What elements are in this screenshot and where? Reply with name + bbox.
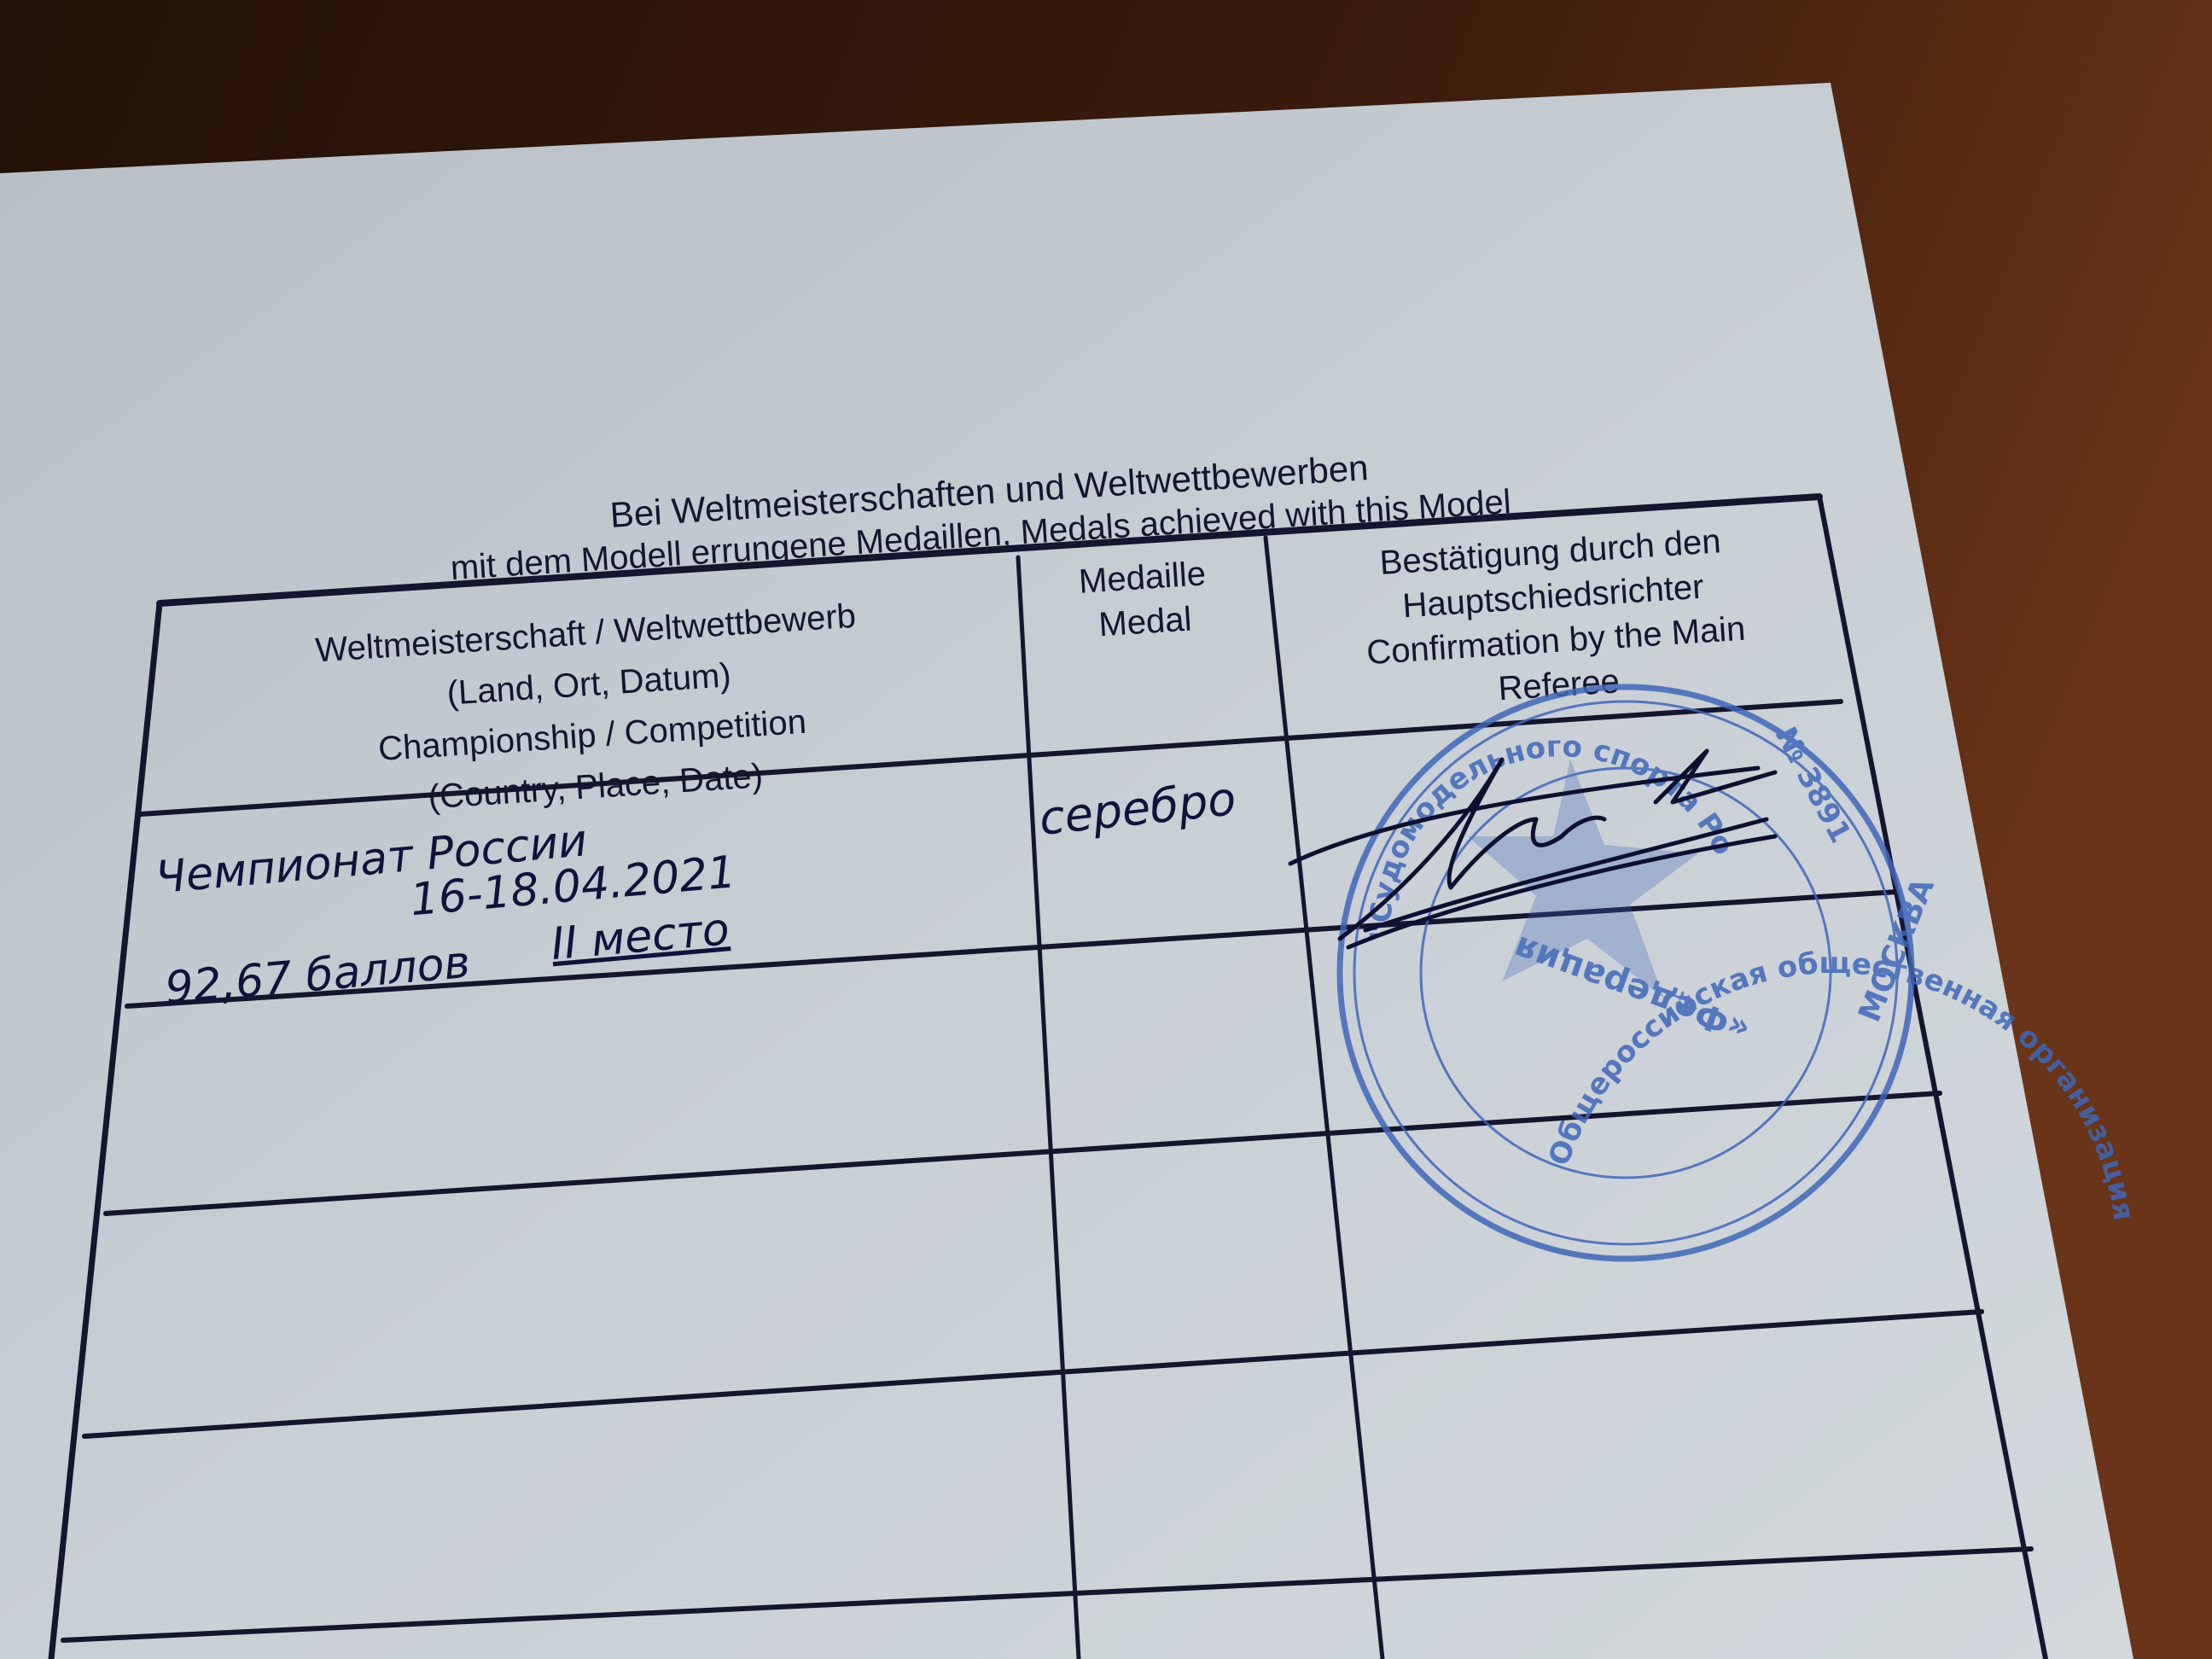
header-medal-line-2: Medal: [1097, 600, 1193, 643]
photo-scene: Bei Weltmeisterschaften und Weltwettbewe…: [0, 0, 2212, 1659]
